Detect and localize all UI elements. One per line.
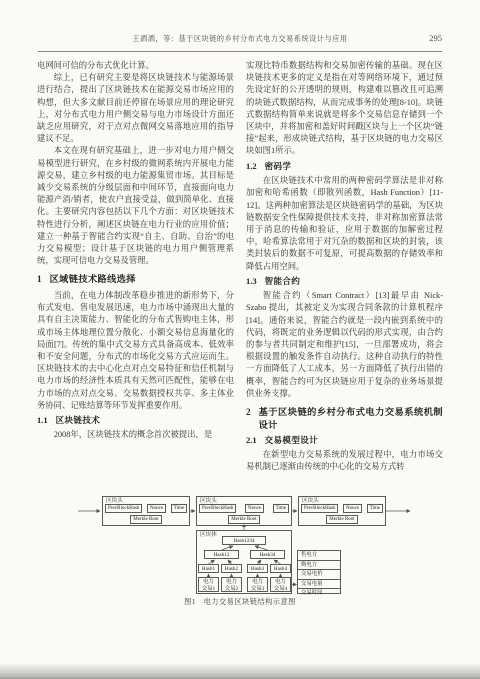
power-transaction-2: 电力 交易2 (221, 577, 242, 592)
section-number: 1.1 (37, 415, 48, 427)
section-title: 区域链技术路线选择 (50, 273, 234, 286)
section-title: 交易模型设计 (265, 435, 443, 447)
info-row-price: 交易电价 (298, 570, 340, 580)
page-number: 295 (429, 33, 442, 43)
tx-label-line2: 交易2 (222, 586, 241, 593)
paragraph: 在区块链技术中常用的两种密码学算法是非对称加密和哈希函数（即散列函数，Hash … (246, 175, 443, 273)
running-head: 王洒洒，等：基于区块链的乡村分布式电力交易系统设计与应用 (38, 34, 442, 44)
section-heading-1-1: 1.1 区块链技术 (37, 415, 234, 427)
merkle-node-root: Hash1234 (222, 536, 266, 545)
merkle-leaf: Hash3 (247, 564, 268, 573)
paragraph: 当前，在电力体制改革稳步推进的新形势下，分布式发电、售电发展迅速，电力市场中涌现… (37, 290, 234, 412)
power-transaction-3: 电力 交易3 (247, 577, 268, 592)
merkle-leaf: Hash1 (198, 564, 219, 573)
block-header-label: 区块头 (103, 497, 189, 504)
nonce-field: Nonce (343, 504, 362, 513)
merkle-node: Hash12 (204, 550, 239, 559)
section-heading-1-2: 1.2 密码学 (246, 161, 443, 173)
tx-label-line2: 交易4 (271, 586, 290, 593)
paragraph: 本文在现有研究基础上，进一步对电力用户侧交易模型进行研究，在乡村级的微网系统内开… (37, 145, 234, 267)
paper-page: 王洒洒，等：基于区块链的乡村分布式电力交易系统设计与应用 295 电网间可信的分… (0, 0, 480, 679)
section-heading-1-3: 1.3 智能合约 (246, 276, 443, 288)
power-transaction-4: 电力 交易4 (270, 577, 291, 592)
section-number: 1.3 (246, 276, 257, 288)
paragraph: 2008年，区块链技术的概念首次被提出，是 (37, 429, 234, 441)
merkle-leaf: Hash4 (270, 564, 291, 573)
merkle-root-field: Merkle Root (326, 515, 357, 524)
tx-label-line1: 电力 (248, 579, 267, 586)
page-header: 王洒洒，等：基于区块链的乡村分布式电力交易系统设计与应用 295 (38, 34, 442, 50)
tx-label-line2: 交易3 (248, 586, 267, 593)
section-title: 基于区块链的乡村分布式电力交易系统机制设计 (259, 406, 443, 431)
info-row-seller: 售电方 (298, 551, 340, 561)
figure-1-blockchain-structure: 区块头 PrevBlockHash Nonce Time Merkle Root… (0, 488, 480, 618)
section-number: 1.2 (246, 161, 257, 173)
time-field: Time (367, 504, 383, 513)
header-rule (38, 51, 442, 52)
paragraph: 实现比特币数据结构和交易加密传输的基础。现在区块链技术更多的定义是指在对等网络环… (246, 60, 443, 158)
section-title: 智能合约 (265, 276, 443, 288)
block-header-fields: PrevBlockHash Nonce Time (197, 504, 291, 513)
time-field: Time (273, 504, 289, 513)
nonce-field: Nonce (147, 504, 166, 513)
section-number: 2.1 (246, 435, 257, 447)
power-transaction-1: 电力 交易1 (198, 577, 219, 592)
merkle-node: Hash34 (250, 550, 285, 559)
nonce-field: Nonce (245, 504, 264, 513)
column-right: 实现比特币数据结构和交易加密传输的基础。现在区块链技术更多的定义是指在对等网络环… (246, 60, 443, 486)
section-title: 区块链技术 (56, 415, 234, 427)
block-header-1: 区块头 PrevBlockHash Nonce Time Merkle Root (102, 496, 190, 526)
info-row-quantity: 交易电量 (298, 580, 340, 590)
transaction-info-box: 售电方 购电方 交易电价 交易电量 交易时间 (297, 550, 341, 594)
block-header-fields: PrevBlockHash Nonce Time (103, 504, 189, 513)
info-row-buyer: 购电方 (298, 561, 340, 571)
tx-label-line2: 交易1 (199, 586, 218, 593)
section-number: 1 (37, 273, 42, 286)
figure-caption: 图1 电力交易区块链结构示意图 (0, 597, 480, 607)
paragraph: 智能合约（Smart Contract）[13]最早由 Nick-Szabo 提… (246, 290, 443, 400)
prev-block-hash-field: PrevBlockHash (301, 504, 338, 513)
tx-label-line1: 电力 (271, 579, 290, 586)
block-header-label: 区块头 (299, 497, 385, 504)
merkle-root-field: Merkle Root (130, 515, 161, 524)
tx-label-line1: 电力 (199, 579, 218, 586)
section-heading-2-1: 2.1 交易模型设计 (246, 435, 443, 447)
prev-block-hash-field: PrevBlockHash (199, 504, 236, 513)
block-header-fields: PrevBlockHash Nonce Time (299, 504, 385, 513)
time-field: Time (171, 504, 187, 513)
section-title: 密码学 (265, 161, 443, 173)
section-heading-2: 2 基于区块链的乡村分布式电力交易系统机制设计 (246, 406, 443, 431)
merkle-root-field: Merkle Root (228, 515, 259, 524)
merkle-leaf: Hash2 (221, 564, 242, 573)
paragraph: 综上，已有研究主要是将区块链技术与能源场景进行结合，提出了区块链技术在能源交易市… (37, 72, 234, 145)
tx-label-line1: 电力 (222, 579, 241, 586)
block-header-label: 区块头 (197, 497, 291, 504)
prev-block-hash-field: PrevBlockHash (105, 504, 142, 513)
section-heading-1: 1 区域链技术路线选择 (37, 273, 234, 286)
section-number: 2 (246, 406, 251, 431)
paragraph: 在新型电力交易系统的发展过程中，电力市场交易机制已逐渐由传统的中心化的交易方式转 (246, 449, 443, 473)
paragraph: 电网间可信的分布式优化计算。 (37, 60, 234, 72)
block-header-2: 区块头 PrevBlockHash Nonce Time Merkle Root (196, 496, 292, 526)
block-header-3: 区块头 PrevBlockHash Nonce Time Merkle Root (298, 496, 386, 526)
column-left: 电网间可信的分布式优化计算。 综上，已有研究主要是将区块链技术与能源场景进行结合… (37, 60, 234, 486)
